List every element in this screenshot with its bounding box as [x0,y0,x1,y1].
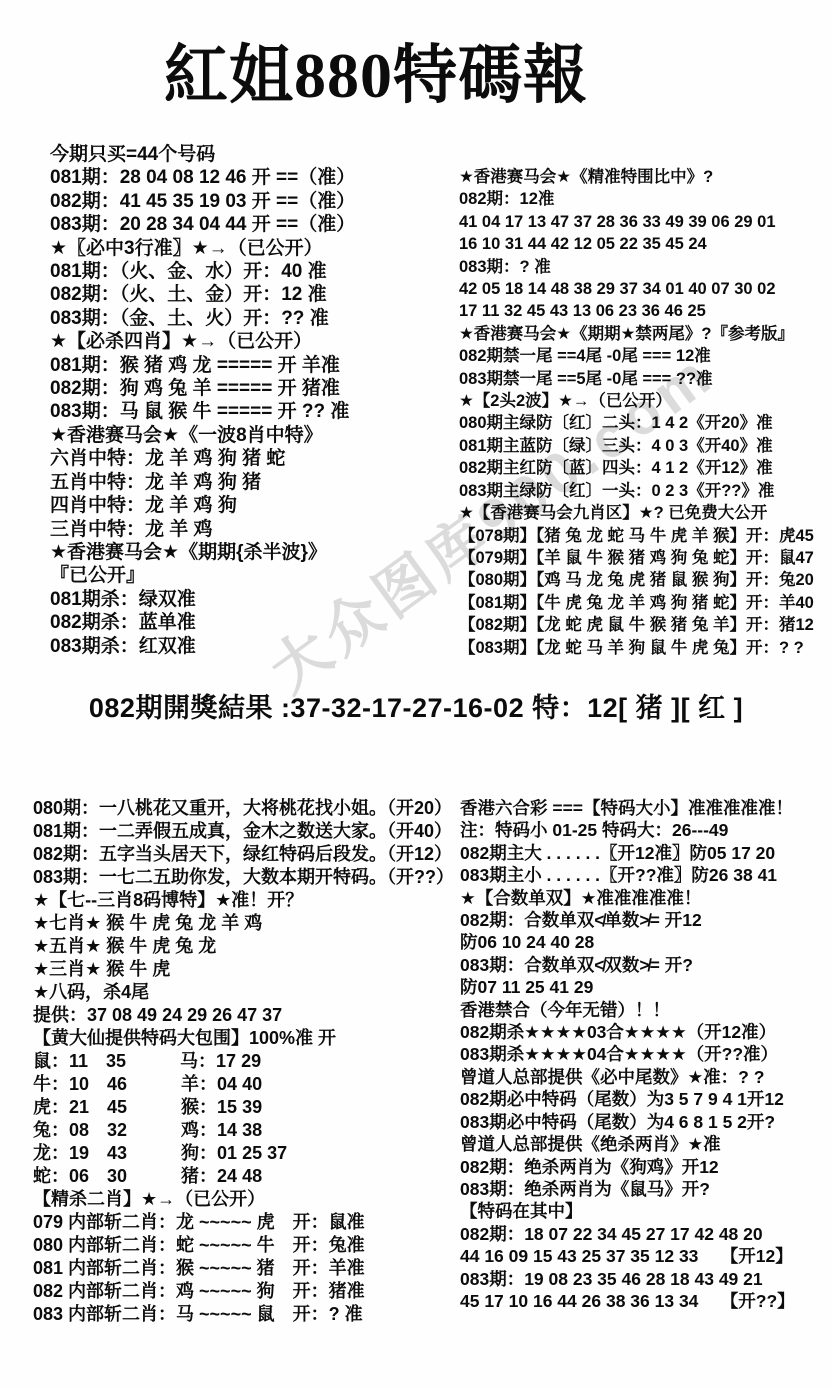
text-line: 三肖中特：龙 羊 鸡 [50,518,462,541]
text-line: 081期杀：绿双准 [50,588,462,611]
text-line: ★〖必中3行准〗★→（已公开） [50,237,462,260]
text-line: 鼠：11 35 马：17 29 [33,1050,463,1073]
text-line: 081期：一二弄假五成真，金木之数送大家。（开40） [33,820,463,843]
text-line: 083期禁一尾 ==5尾 -0尾 === ??准 [459,368,832,390]
text-line: 082期：狗 鸡 兔 羊 ===== 开 猪准 [50,377,462,400]
text-line: 082期杀：蓝单准 [50,611,462,634]
text-line: 083期必中特码（尾数）为4 6 8 1 5 2开? [460,1111,832,1133]
text-line: 【083期】【龙 蛇 马 羊 狗 鼠 牛 虎 兔】开：? ? [459,637,832,659]
text-line: 083期：? 准 [459,256,832,278]
text-line: ★七肖★ 猴 牛 虎 兔 龙 羊 鸡 [33,912,463,935]
text-line: 香港禁合（今年无错）！！ [460,999,832,1021]
text-line: 083期：（金、土、火）开：?? 准 [50,307,462,330]
text-line: 今期只买=44个号码 [50,143,462,166]
text-line: 082期主大 . . . . . .〖开12准〗防05 17 20 [460,842,832,864]
text-line: 【特码在其中】 [460,1200,832,1222]
text-line: ★【七--三肖8码博特】★准！开？ [33,889,463,912]
text-line: 16 10 31 44 42 12 05 22 35 45 24 [459,233,832,255]
text-line: 083期杀：红双准 [50,635,462,658]
draw-result-banner: 082期開獎結果 :37-32-17-27-16-02 特：12[ 猪 ][ 红… [0,686,832,725]
text-line: 083期：一七二五助你发，大数本期开特码。（开??） [33,866,463,889]
text-line: 蛇：06 30 猪：24 48 [33,1165,463,1188]
text-line: 防06 10 24 40 28 [460,931,832,953]
text-line: 083期：绝杀两肖为《鼠马》开? [460,1178,832,1200]
text-line: 【080期】【鸡 马 龙 兔 虎 猪 鼠 猴 狗】开：兔20 [459,569,832,591]
text-line: 083 内部斩二肖：马 ~~~~~ 鼠 开：? 准 [33,1303,463,1326]
text-line: ★【合数单双】★准准准准准！ [460,887,832,909]
text-line: 17 11 32 45 43 13 06 23 36 46 25 [459,300,832,322]
bottom-right-column: 香港六合彩 ===【特码大小】准准准准准！注：特码小 01-25 特码大：26-… [460,797,832,1312]
text-line: 四肖中特：龙 羊 鸡 狗 [50,494,462,517]
text-line: 082期：18 07 22 34 45 27 17 42 48 20 [460,1223,832,1245]
text-line: 082 内部斩二肖：鸡 ~~~~~ 狗 开：猪准 [33,1280,463,1303]
text-line: ★【2头2波】★→（已公开） [459,390,832,412]
text-line: 香港六合彩 ===【特码大小】准准准准准！ [460,797,832,819]
text-line: 081期：猴 猪 鸡 龙 ===== 开 羊准 [50,354,462,377]
text-line: 六肖中特：龙 羊 鸡 狗 猪 蛇 [50,447,462,470]
text-line: 牛：10 46 羊：04 40 [33,1073,463,1096]
text-line: 兔：08 32 鸡：14 38 [33,1119,463,1142]
text-line: 【082期】【龙 蛇 虎 鼠 牛 猴 猪 兔 羊】开：猪12 [459,614,832,636]
text-line: 083期：19 08 23 35 46 28 18 43 49 21 [460,1268,832,1290]
text-line: ★【香港赛马会九肖区】★? 已免费大公开 [459,502,832,524]
text-line: ★香港赛马会★《一波8肖中特》 [50,424,462,447]
top-right-column: ★香港赛马会★《精准特围比中》?082期：12准41 04 17 13 47 3… [459,166,832,659]
text-line: 082期必中特码（尾数）为3 5 7 9 4 1开12 [460,1088,832,1110]
text-line: 079 内部斩二肖：龙 ~~~~~ 虎 开：鼠准 [33,1211,463,1234]
text-line: 龙：19 43 狗：01 25 37 [33,1142,463,1165]
text-line: 『已公开』 [50,564,462,587]
text-line: ★香港赛马会★《期期{杀半波}》 [50,541,462,564]
top-left-column: 今期只买=44个号码081期：28 04 08 12 46 开 ==（准）082… [50,143,462,658]
text-line: ★【必杀四肖】★→（已公开） [50,330,462,353]
text-line: 080 内部斩二肖：蛇 ~~~~~ 牛 开：兔准 [33,1234,463,1257]
text-line: 防07 11 25 41 29 [460,976,832,998]
text-line: ★香港赛马会★《精准特围比中》? [459,166,832,188]
page-title: 紅姐880特碼報 [0,24,792,116]
text-line: 注：特码小 01-25 特码大：26---49 [460,819,832,841]
text-line: 45 17 10 16 44 26 38 36 13 34 【开??】 [460,1290,832,1312]
text-line: 【精杀二肖】★→（已公开） [33,1188,463,1211]
text-line: ★香港赛马会★《期期★禁两尾》?『参考版』 [459,323,832,345]
text-line: 082期：合数单双≮单数≯= 开12 [460,909,832,931]
text-line: 082期：绝杀两肖为《狗鸡》开12 [460,1156,832,1178]
text-line: 082期：（火、土、金）开：12 准 [50,283,462,306]
text-line: 083期主绿防〔红〕一头：0 2 3《开??》准 [459,480,832,502]
text-line: 081 内部斩二肖：猴 ~~~~~ 猪 开：羊准 [33,1257,463,1280]
text-line: ★八码，杀4尾 [33,981,463,1004]
bottom-left-column: 080期：一八桃花又重开，大将桃花找小姐。（开20）081期：一二弄假五成真，金… [33,797,463,1326]
text-line: 虎：21 45 猴：15 39 [33,1096,463,1119]
text-line: ★五肖★ 猴 牛 虎 兔 龙 [33,935,463,958]
text-line: 082期：五字当头居天下，绿红特码后段发。（开12） [33,843,463,866]
text-line: 五肖中特：龙 羊 鸡 狗 猪 [50,471,462,494]
text-line: 曾道人总部提供《绝杀两肖》★准 [460,1133,832,1155]
text-line: 083期：20 28 34 04 44 开 ==（准） [50,213,462,236]
text-line: 41 04 17 13 47 37 28 36 33 49 39 06 29 0… [459,211,832,233]
text-line: 44 16 09 15 43 25 37 35 12 33 【开12】 [460,1245,832,1267]
text-line: 082期禁一尾 ==4尾 -0尾 === 12准 [459,345,832,367]
text-line: 【黄大仙提供特码大包围】100%准 开 [33,1027,463,1050]
text-line: 082期：41 45 35 19 03 开 ==（准） [50,190,462,213]
text-line: 080期：一八桃花又重开，大将桃花找小姐。（开20） [33,797,463,820]
text-line: 081期主蓝防〔绿〕三头：4 0 3《开40》准 [459,435,832,457]
text-line: 083期杀★★★★04合★★★★（开??准） [460,1043,832,1065]
text-line: 083期：合数单双≮双数≯= 开? [460,954,832,976]
text-line: 提供：37 08 49 24 29 26 47 37 [33,1004,463,1027]
text-line: 082期杀★★★★03合★★★★（开12准） [460,1021,832,1043]
text-line: 083期：马 鼠 猴 牛 ===== 开 ?? 准 [50,400,462,423]
text-line: 082期主红防〔蓝〕四头：4 1 2《开12》准 [459,457,832,479]
text-line: 081期：（火、金、水）开：40 准 [50,260,462,283]
text-line: 083期主小 . . . . . .〖开??准〗防26 38 41 [460,864,832,886]
text-line: 【079期】【羊 鼠 牛 猴 猪 鸡 狗 兔 蛇】开：鼠47 [459,547,832,569]
text-line: 081期：28 04 08 12 46 开 ==（准） [50,166,462,189]
text-line: 【081期】【牛 虎 兔 龙 羊 鸡 狗 猪 蛇】开：羊40 [459,592,832,614]
text-line: 曾道人总部提供《必中尾数》★准：? ? [460,1066,832,1088]
text-line: 42 05 18 14 48 38 29 37 34 01 40 07 30 0… [459,278,832,300]
text-line: 【078期】【猪 兔 龙 蛇 马 牛 虎 羊 猴】开：虎45 [459,525,832,547]
text-line: 080期主绿防〔红〕二头：1 4 2《开20》准 [459,412,832,434]
newspaper-page: 紅姐880特碼報 大众图库900.com 今期只买=44个号码081期：28 0… [0,0,832,1388]
text-line: ★三肖★ 猴 牛 虎 [33,958,463,981]
text-line: 082期：12准 [459,188,832,210]
